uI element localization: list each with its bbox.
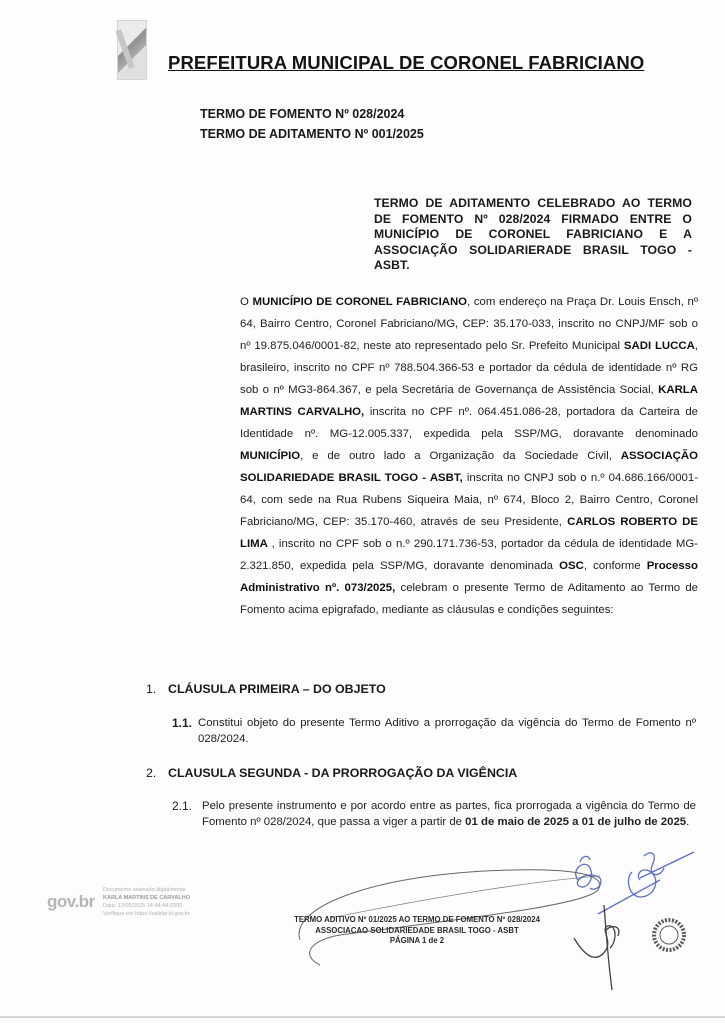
clause-title: CLAUSULA SEGUNDA - DA PRORROGAÇÃO DA VIG…: [168, 766, 517, 780]
digital-signature-caption: Documento assinado digitalmente: [103, 886, 190, 894]
clause-item-text: Pelo presente instrumento e por acordo e…: [172, 798, 696, 830]
govbr-logo: gov.br: [47, 892, 95, 912]
mayor-name: SADI LUCCA: [624, 340, 695, 352]
digital-signature-date: Data: 12/05/2025 14:44:44-0300: [103, 902, 190, 910]
municipio-label: MUNICÍPIO: [240, 450, 300, 462]
clause-item-number: 2.1.: [172, 798, 192, 814]
blue-signature: [576, 852, 694, 914]
preamble-text: , conforme: [584, 560, 647, 572]
clause-item: 1.1. Constitui objeto do presente Termo …: [172, 715, 696, 747]
page-footer: TERMO ADITIVO Nº 01/2025 AO TERMO DE FOM…: [272, 915, 562, 947]
ementa: TERMO DE ADITAMENTO CELEBRADO AO TERMO D…: [374, 196, 692, 274]
term-identifiers: TERMO DE FOMENTO Nº 028/2024 TERMO DE AD…: [200, 104, 424, 144]
clause-title: CLÁUSULA PRIMEIRA – DO OBJETO: [168, 682, 386, 696]
digital-signer-name: KARLA MARTINS DE CARVALHO: [103, 894, 190, 902]
footer-term-line: TERMO ADITIVO Nº 01/2025 AO TERMO DE FOM…: [272, 915, 562, 926]
clause-item: 2.1. Pelo presente instrumento e por aco…: [172, 798, 696, 830]
page-number: PÁGINA 1 de 2: [272, 936, 562, 947]
digital-signature-verify: Verifique em https://validar.iti.gov.br: [103, 910, 190, 918]
municipal-crest-icon: [117, 20, 147, 80]
clause-item-text-tail: .: [686, 816, 689, 828]
digital-signature-stamp: Documento assinado digitalmente KARLA MA…: [103, 886, 190, 918]
clause-number: 1.: [146, 682, 168, 696]
osc-label: OSC: [559, 560, 584, 572]
clause-heading: 1.CLÁUSULA PRIMEIRA – DO OBJETO: [146, 682, 386, 696]
preamble-paragraph: O MUNICÍPIO DE CORONEL FABRICIANO, com e…: [240, 291, 698, 621]
clause-heading: 2.CLAUSULA SEGUNDA - DA PRORROGAÇÃO DA V…: [146, 766, 517, 780]
document-page: PREFEITURA MUNICIPAL DE CORONEL FABRICIA…: [0, 0, 725, 1024]
preamble-text: , e de outro lado a Organização da Socie…: [300, 450, 621, 462]
term-aditamento-id: TERMO DE ADITAMENTO Nº 001/2025: [200, 124, 424, 144]
term-fomento-id: TERMO DE FOMENTO Nº 028/2024: [200, 104, 424, 124]
page-bottom-edge: [0, 1016, 725, 1018]
validity-period: 01 de maio de 2025 a 01 de julho de 2025: [465, 816, 686, 828]
header-title: PREFEITURA MUNICIPAL DE CORONEL FABRICIA…: [168, 52, 644, 74]
official-stamp: [654, 920, 684, 950]
black-signature: [574, 905, 619, 990]
footer-association-line: ASSOCIACAO SOLIDARIEDADE BRASIL TOGO - A…: [272, 926, 562, 937]
preamble-text: O: [240, 296, 253, 308]
party-municipio: MUNICÍPIO DE CORONEL FABRICIANO: [253, 296, 468, 308]
clause-item-number: 1.1.: [172, 715, 192, 731]
clause-item-text: Constitui objeto do presente Termo Aditi…: [172, 715, 696, 747]
clause-number: 2.: [146, 766, 168, 780]
